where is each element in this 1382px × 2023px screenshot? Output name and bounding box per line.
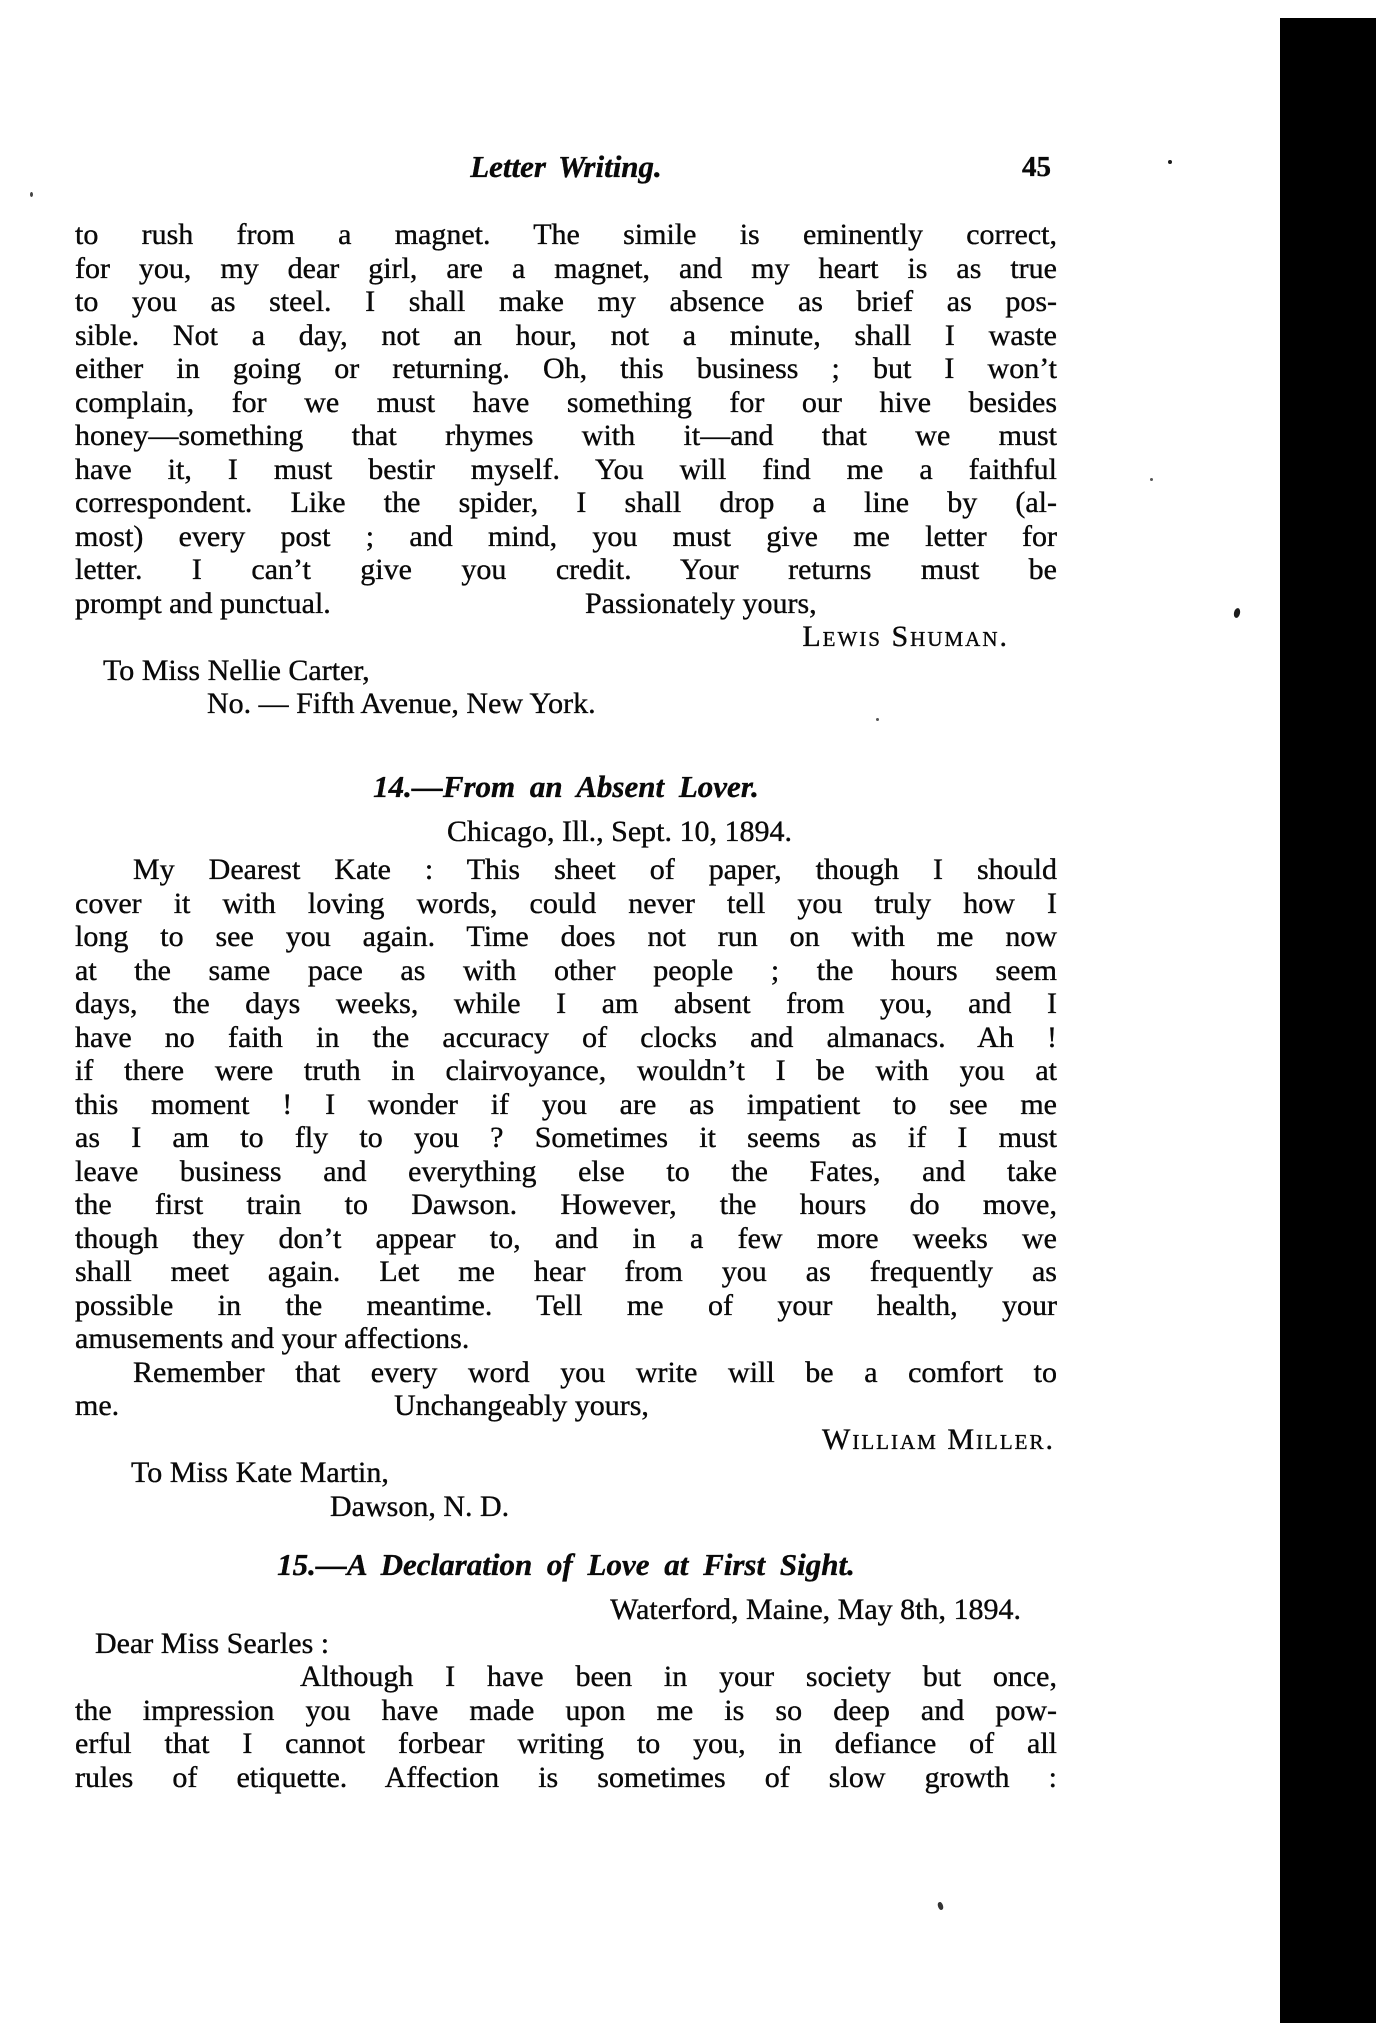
text-line: correspondent. Like the spider, I shall … <box>75 486 1057 520</box>
page-number: 45 <box>1022 151 1051 185</box>
text-line: though they don’t appear to, and in a fe… <box>75 1222 1057 1256</box>
scan-speck <box>1168 160 1172 164</box>
letter-14-signature: William Miller. <box>75 1423 1057 1457</box>
page-header: Letter Writing. 45 <box>75 150 1057 190</box>
text-line: shall meet again. Let me hear from you a… <box>75 1255 1057 1289</box>
letter-14-address: To Miss Kate Martin, Dawson, N. D. <box>75 1456 1057 1523</box>
text-line: for you, my dear girl, are a magnet, and… <box>75 252 1057 286</box>
letter-15-dateline: Waterford, Maine, May 8th, 1894. <box>75 1593 1057 1627</box>
letter-14-closing-left: me. <box>75 1389 119 1422</box>
letter-14-body-p2: Remember that every word you write will … <box>75 1356 1057 1390</box>
text-line: Remember that every word you write will … <box>75 1356 1057 1390</box>
text-line: either in going or returning. Oh, this b… <box>75 352 1057 386</box>
letter-13-closing-left: prompt and punctual. <box>75 587 331 620</box>
letter-15-heading: 15.—A Declaration of Love at First Sight… <box>75 1545 1057 1585</box>
text-line: long to see you again. Time does not run… <box>75 920 1057 954</box>
letter-14-valediction: Unchangeably yours, <box>394 1389 649 1423</box>
text-line: erful that I cannot forbear writing to y… <box>75 1727 1057 1761</box>
scan-speck <box>937 1901 944 1910</box>
text-line: possible in the meantime. Tell me of you… <box>75 1289 1057 1323</box>
text-line: the impression you have made upon me is … <box>75 1694 1057 1728</box>
letter-13-signature: Lewis Shuman. <box>75 620 1057 654</box>
letter-13-body: to rush from a magnet. The simile is emi… <box>75 218 1057 587</box>
page-content: Letter Writing. 45 to rush from a magnet… <box>75 150 1057 1794</box>
scan-speck <box>30 192 33 197</box>
book-page-scan: Letter Writing. 45 to rush from a magnet… <box>0 0 1382 2023</box>
letter-13-address: To Miss Nellie Carter, No. — Fifth Avenu… <box>75 654 1057 721</box>
text-line: days, the days weeks, while I am absent … <box>75 987 1057 1021</box>
text-line: at the same pace as with other people ; … <box>75 954 1057 988</box>
scan-artifact-bar <box>1280 18 1376 2023</box>
text-line: honey—something that rhymes with it—and … <box>75 419 1057 453</box>
scan-speck <box>1150 478 1153 481</box>
text-line: letter. I can’t give you credit. Your re… <box>75 553 1057 587</box>
letter-13-valediction: Passionately yours, <box>585 587 817 621</box>
text-line: amusements and your affections. <box>75 1322 1057 1356</box>
text-line: My Dearest Kate : This sheet of paper, t… <box>75 853 1057 887</box>
text-line: to you as steel. I shall make my absence… <box>75 285 1057 319</box>
address-line: No. — Fifth Avenue, New York. <box>75 687 1057 721</box>
text-line: this moment ! I wonder if you are as imp… <box>75 1088 1057 1122</box>
text-line: to rush from a magnet. The simile is emi… <box>75 218 1057 252</box>
text-line: cover it with loving words, could never … <box>75 887 1057 921</box>
text-line: if there were truth in clairvoyance, wou… <box>75 1054 1057 1088</box>
address-line: To Miss Kate Martin, <box>75 1456 1057 1490</box>
text-line: have no faith in the accuracy of clocks … <box>75 1021 1057 1055</box>
scan-edge-white <box>1376 0 1382 2023</box>
address-line: To Miss Nellie Carter, <box>75 654 1057 688</box>
letter-14-closing-line: me. Unchangeably yours, <box>75 1389 1057 1423</box>
letter-14-body: My Dearest Kate : This sheet of paper, t… <box>75 853 1057 1356</box>
letter-15-body: Although I have been in your society but… <box>75 1660 1057 1794</box>
text-line: complain, for we must have something for… <box>75 386 1057 420</box>
letter-14-heading: 14.—From an Absent Lover. <box>75 767 1057 807</box>
letter-13-continuation: to rush from a magnet. The simile is emi… <box>75 218 1057 721</box>
text-line: leave business and everything else to th… <box>75 1155 1057 1189</box>
text-line: most) every post ; and mind, you must gi… <box>75 520 1057 554</box>
letter-15: 15.—A Declaration of Love at First Sight… <box>75 1545 1057 1794</box>
text-line: have it, I must bestir myself. You will … <box>75 453 1057 487</box>
running-title: Letter Writing. <box>75 150 1057 184</box>
text-line: sible. Not a day, not an hour, not a min… <box>75 319 1057 353</box>
letter-14-dateline: Chicago, Ill., Sept. 10, 1894. <box>75 815 1057 849</box>
letter-15-salutation: Dear Miss Searles : <box>75 1627 1057 1661</box>
letter-14: 14.—From an Absent Lover. Chicago, Ill.,… <box>75 767 1057 1524</box>
text-line: the first train to Dawson. However, the … <box>75 1188 1057 1222</box>
scan-speck <box>1233 607 1241 618</box>
text-line: Although I have been in your society but… <box>75 1660 1057 1694</box>
text-line: rules of etiquette. Affection is sometim… <box>75 1761 1057 1795</box>
letter-13-closing-line: prompt and punctual. Passionately yours, <box>75 587 1057 621</box>
text-line: as I am to fly to you ? Sometimes it see… <box>75 1121 1057 1155</box>
address-line: Dawson, N. D. <box>75 1490 1057 1524</box>
